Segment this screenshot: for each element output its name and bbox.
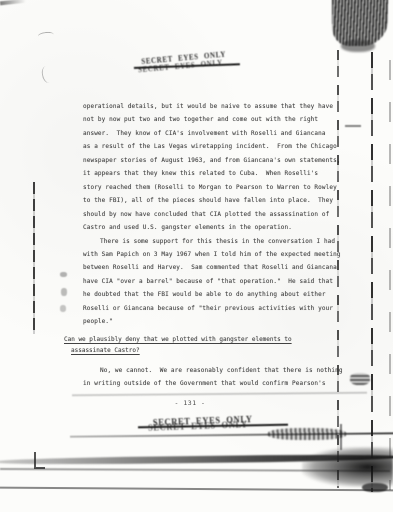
- text-line: No, we cannot. We are reasonably confide…: [83, 364, 344, 377]
- text-line: have CIA "over a barrel" because of "tha…: [83, 275, 344, 288]
- text-line: should by now have concluded that CIA pl…: [83, 208, 344, 221]
- scan-artifact-margin-mark: [60, 305, 66, 312]
- text-line: to the FBI), all of the pieces should ha…: [83, 194, 344, 207]
- scan-artifact-margin-mark: [60, 272, 67, 277]
- scan-artifact-corner-bracket: [34, 452, 45, 469]
- text-line: people.": [83, 315, 344, 328]
- text-line: story reached them (Roselli to Morgan to…: [83, 181, 344, 194]
- paragraph-2: There is some support for this thesis in…: [64, 235, 344, 329]
- text-line: not by now put two and two together and …: [83, 113, 344, 126]
- heading-line: Can we plausibly deny that we plotted wi…: [64, 334, 344, 346]
- paragraph-3: No, we cannot. We are reasonably confide…: [64, 364, 344, 391]
- scan-artifact-smudge: [268, 428, 346, 440]
- text-line: operational details, but it would be nai…: [83, 100, 344, 113]
- scan-artifact-dash: [345, 125, 361, 127]
- scan-artifact-vertical-line: [337, 50, 339, 488]
- text-line: answer. They know of CIA's involvement w…: [83, 127, 344, 140]
- scanned-document-page: SECRET EYES ONLY SECRET EYES ONLY operat…: [0, 0, 393, 512]
- text-line: with Sam Papich on 3 May 1967 when I tol…: [83, 248, 344, 261]
- heading-line: assassinate Castro?: [71, 345, 344, 357]
- text-line: There is some support for this thesis in…: [83, 235, 344, 248]
- scan-artifact-pencil-curve: [40, 65, 54, 84]
- text-line: as a result of the Las Vegas wiretapping…: [83, 140, 344, 153]
- text-line: newspaper stories of August 1963, and fr…: [83, 154, 344, 167]
- text-line: between Roselli and Harvey. Sam commente…: [83, 261, 344, 274]
- scan-artifact-vertical-line: [371, 52, 373, 492]
- classification-stamp-top: SECRET EYES ONLY SECRET EYES ONLY: [137, 50, 239, 85]
- question-heading: Can we plausibly deny that we plotted wi…: [64, 334, 344, 357]
- scan-artifact-pencil-squiggle: [38, 31, 55, 40]
- text-line: Castro and used U.S. gangster elements i…: [83, 221, 344, 234]
- scan-artifact-smudge-line: [72, 392, 367, 396]
- text-line: it appears that they knew this related t…: [83, 167, 344, 180]
- text-line: Roselli or Giancana because of "their pr…: [83, 302, 344, 315]
- scan-artifact-margin-mark: [61, 288, 67, 296]
- text-line: he doubted that the FBI would be able to…: [83, 288, 344, 301]
- scan-artifact-smudge-line: [0, 487, 393, 492]
- scan-artifact-edge-streak: [389, 60, 391, 490]
- scan-artifact-ink-smear: [341, 40, 375, 52]
- scan-artifact-smudge: [350, 373, 370, 385]
- scan-artifact-vertical-line: [33, 182, 35, 334]
- paragraph-1: operational details, but it would be nai…: [64, 100, 344, 235]
- page-number: - 131 -: [150, 399, 230, 407]
- scan-artifact-corner-mark: [0, 0, 26, 5]
- document-body: operational details, but it would be nai…: [64, 100, 344, 391]
- text-line: in writing outside of the Government tha…: [83, 377, 344, 390]
- scan-artifact-ink-blob-bottom-right: [302, 447, 393, 487]
